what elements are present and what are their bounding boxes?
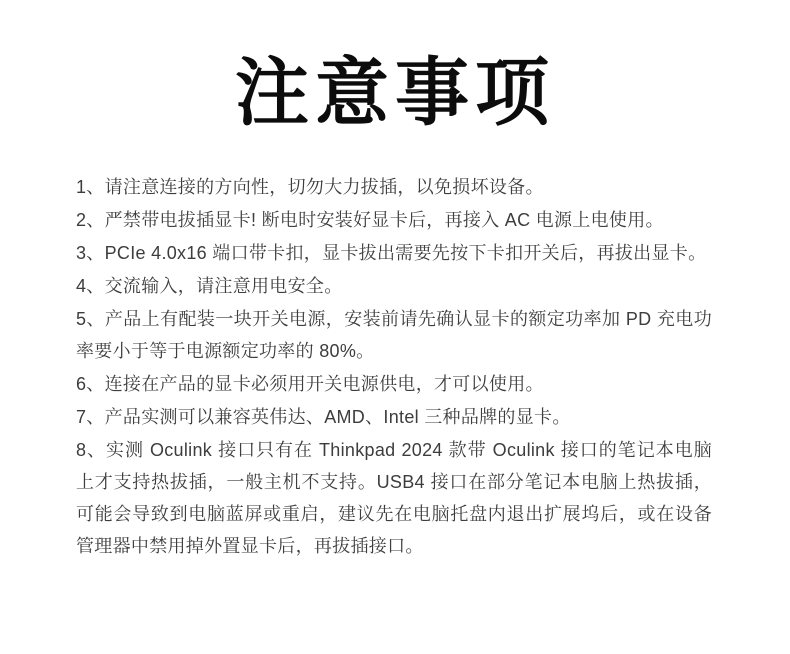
- notice-item-4: 4、交流输入，请注意用电安全。: [76, 270, 712, 302]
- notice-item-1: 1、请注意连接的方向性，切勿大力拔插，以免损坏设备。: [76, 171, 712, 203]
- notice-document: 注意事项 1、请注意连接的方向性，切勿大力拔插，以免损坏设备。 2、严禁带电拔插…: [0, 0, 790, 654]
- notice-item-5: 5、产品上有配装一块开关电源，安装前请先确认显卡的额定功率加 PD 充电功 率要…: [76, 303, 712, 367]
- notice-list: 1、请注意连接的方向性，切勿大力拔插，以免损坏设备。 2、严禁带电拔插显卡! 断…: [0, 171, 790, 562]
- notice-item-6: 6、连接在产品的显卡必须用开关电源供电，才可以使用。: [76, 368, 712, 400]
- notice-item-8: 8、实测 Oculink 接口只有在 Thinkpad 2024 款带 Ocul…: [76, 434, 712, 562]
- notice-item-3: 3、PCIe 4.0x16 端口带卡扣，显卡拔出需要先按下卡扣开关后，再拔出显卡…: [76, 237, 712, 269]
- page-title: 注意事项: [0, 52, 790, 133]
- notice-item-2: 2、严禁带电拔插显卡! 断电时安装好显卡后，再接入 AC 电源上电使用。: [76, 204, 712, 236]
- notice-item-7: 7、产品实测可以兼容英伟达、AMD、Intel 三种品牌的显卡。: [76, 401, 712, 433]
